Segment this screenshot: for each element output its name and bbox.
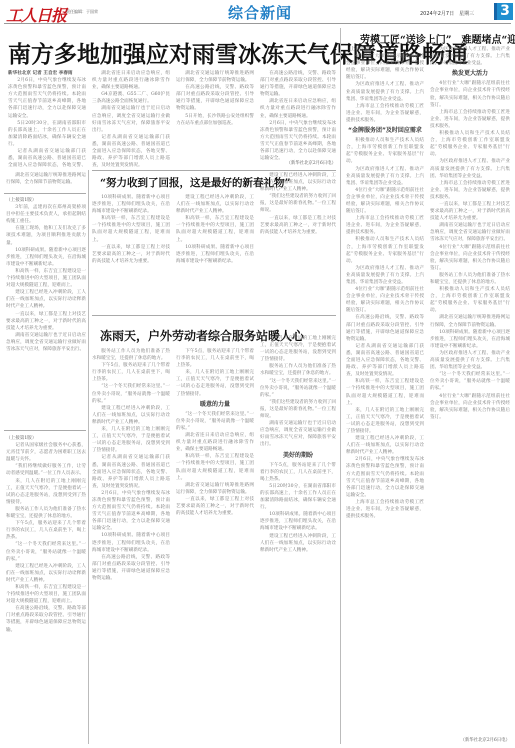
paragraph: 和高铁一样，东吉宜工程建设是一个持续推进中的大型项目，施工团队面对超大规模隧道工… bbox=[176, 215, 254, 243]
paragraph: 建设工程已经进入冲刺阶段，工人们在一线加班加点，以实际行动诠释新时代产业工人精神… bbox=[176, 194, 254, 215]
section-divider bbox=[4, 193, 86, 194]
page-number-badge: 3 bbox=[494, 3, 513, 20]
paragraph: 一直以来，绿工都是工程上对技艺要求最高的工种之一，对于新时代的高技能人才培养尤为… bbox=[6, 311, 86, 332]
paragraph: 5日20时30分，在湖南省邵阳市的长邵高速上，十余名工作人员正在加紧清除路面结冰… bbox=[260, 483, 336, 511]
paragraph: 湖北省连日来启动应急响应，组织力量对重点路段进行融冰除雪作业，确保主要道路畅通。 bbox=[92, 70, 170, 91]
paragraph: 为区政府推进人才工程、推动产业高质量发展提供了有力支撑。上汽集团、华谊集团等企业… bbox=[346, 81, 424, 102]
paragraph: 上海市总工会持续推动劳模工匠进企业、进车间，为企业答疑解惑，提供技术服务。 bbox=[430, 180, 510, 201]
paragraph: 5日20时30分，在湖南省邵阳市的长邵高速上，十余名工作人员正在加紧清除路面结冰… bbox=[8, 120, 86, 148]
paragraph: 上海市总工会持续推动劳模工匠进企业、进车间，为企业答疑解惑，提供技术服务。 bbox=[430, 109, 510, 130]
paragraph: 湖北省交通运输厅统筹推进路网运行保障，全力保障节前物资运输。 bbox=[430, 314, 510, 328]
paragraph: 湖南省交通运输厅也于近日启动应急响应，调度全省交通运输行业做好雨雪冰冻天气应对，… bbox=[92, 105, 170, 133]
paragraph: 10项科研成果。随着新中心项目逐步推进，工程师们埋头攻关，在沿海城市建设中不断刷… bbox=[260, 511, 336, 532]
paragraph: “这一个冬天我们经常来这里。”一位外卖小哥说，“服务站就像一个温暖的家。” bbox=[260, 378, 336, 399]
paragraph: 服务站工作人员为他们准备了热水和暖宝宝，还提供了休息的地方。 bbox=[430, 272, 510, 286]
masthead: 工人日报 责任编辑：于国荣 综合新闻 2024年2月7日 星期三 3 bbox=[0, 0, 515, 24]
paragraph: 为区政府推进人才工程、推动产业高质量发展提供了有力支撑。上汽集团、华谊集团等企业… bbox=[346, 166, 424, 187]
paragraph: 上海市总工会持续推动劳模工匠进企业、进车间，为企业答疑解惑，提供技术服务。 bbox=[346, 499, 424, 520]
paragraph: 建设工程已经进入冲刺阶段，工人们在一线加班加点，以实际行动诠释新时代产业工人精神… bbox=[92, 405, 170, 426]
paragraph: 建设工程已经进入冲刺阶段，工人们在一线加班加点，以实际行动诠释新时代产业工人精神… bbox=[6, 289, 86, 310]
paragraph: 湖南省交通运输厅也于近日启动应急响应，调度全省交通运输行业做好雨雪冰冻天气应对，… bbox=[6, 332, 86, 353]
gift-article-col-3: 建设工程已经进入冲刺阶段，工人们在一线加班加点，以实际行动诠释新时代产业工人精神… bbox=[260, 172, 336, 304]
paragraph: “我们将继续做好服务工作，让劳动者感受到温暖。”一位工作人员表示。 bbox=[6, 463, 86, 477]
paragraph: 积极推动人员和生产技术人员结合，上海市劳模创新工作室联盟发起“劳模服务企业、专家… bbox=[430, 286, 510, 314]
section-divider bbox=[92, 170, 336, 171]
paragraph: 在高速公路沿线，交警、路政等部门对重点路段采取分段管控、引导通行等措施，开辟绿色… bbox=[260, 70, 336, 98]
paragraph: “这一个冬天我们经常来这里。”一位外卖小哥说，“服务站就像一个温暖的家。” bbox=[176, 411, 254, 432]
paragraph: 湖北省交通运输厅统筹推进路网运行保障，全力保障节前物资运输。 bbox=[176, 482, 254, 496]
left-col-lower: （上接第1版） 记者从国家级社会服务中心获悉，元宵佳节前夕，志愿者为困难职工送去… bbox=[6, 435, 86, 743]
paragraph: 服务站工作人员为他们准备了热水和暖宝宝，还提供了休息的地方。 bbox=[260, 363, 336, 377]
paragraph: 建设工程已经进入冲刺阶段，工人们在一线加班加点，以实际行动诠释新时代产业工人精神… bbox=[346, 435, 424, 456]
paragraph: 下午5点，服务站迎来了几个带着行李的农民工，几人在桌前坐下，喝上热茶。 bbox=[6, 520, 86, 541]
paragraph: “我们这些建设者的努力收到了回报，这是最好的新春礼物。”一位工程师说。 bbox=[260, 193, 336, 214]
paragraph: 和高铁一样，东吉宜工程建设是一个持续推进中的大型项目，施工团队面对超大规模隧道工… bbox=[6, 584, 86, 605]
paragraph: 2月6日，中央气象台继续发布冰冻黄色预警和暴雪蓝色预警，预计南方大范围雨雪天气仍… bbox=[260, 120, 336, 163]
paragraph: 在施工现场，他和工友们攻克了多项技术难题，为项目顺利推进贡献力量。 bbox=[6, 225, 86, 246]
paragraph: 一直以来，绿工都是工程上对技艺要求最高的工种之一，对于新时代的高技能人才培养尤为… bbox=[92, 244, 170, 265]
left-col-upper: 湖北省交通运输厅统筹推进路网运行保障，全力保障节前物资运输。 bbox=[6, 172, 86, 192]
paragraph: 为区政府推进人才工程、推动产业高质量发展提供了有力支撑。上汽集团、华谊集团等企业… bbox=[346, 265, 424, 286]
paragraph: 和高铁一样，东吉宜工程建设是一个持续推进中的大型项目，施工团队面对超大规模隧道工… bbox=[6, 268, 86, 289]
paragraph: 来，几人在附近的工地上刚刚完工，正值天天气寒冷，于是便抱着试一试的心态走进服务站… bbox=[346, 407, 424, 435]
paragraph: 湖南省交通运输厅也于近日启动应急响应，调度全省交通运输行业做好雨雪冰冻天气应对，… bbox=[260, 420, 336, 448]
paragraph: 10项科研成果。随着新中心项目逐步推进，工程师们埋头攻关，在沿海城市建设中不断刷… bbox=[176, 244, 254, 265]
paragraph: “这一个冬天我们经常来这里。”一位外卖小哥说，“服务站就像一个温暖的家。” bbox=[6, 541, 86, 562]
paragraph: 来，几人在附近的工地上刚刚完工，正值天天气寒冷，于是便抱着试一试的心态走进服务站… bbox=[260, 335, 336, 363]
paragraph: 3年前，孟建再次在郑州高架桥项目中担任主要技术负责人，承担起钢结构施工重任。 bbox=[6, 204, 86, 225]
paragraph: 和高铁一样，东吉宜工程建设是一个持续推进中的大型项目，施工团队面对超大规模隧道工… bbox=[346, 378, 424, 406]
column-divider bbox=[88, 170, 89, 744]
kicker: （上接第1版） bbox=[346, 46, 424, 53]
paragraph: 建设工程已经进入冲刺阶段，工人们在一线加班加点，以实际行动诠释新时代产业工人精神… bbox=[260, 533, 336, 554]
section-divider bbox=[92, 315, 336, 316]
lead-article-col-2: 湖北省连日来启动应急响应，组织力量对重点路段进行融冰除雪作业，确保主要道路畅通。… bbox=[92, 70, 170, 168]
paragraph: “这一个冬天我们经常来这里。”一位外卖小哥说，“服务站就像一个温暖的家。” bbox=[92, 383, 170, 404]
paragraph: 记者从湖南省交通运输部门获悉，湖南省高速公路、普通国省道已全面进入应急保障状态，… bbox=[92, 454, 170, 489]
paragraph: “我们这些建设者的努力收到了回报，这是最好的新春礼物。”一位工程师说。 bbox=[260, 399, 336, 420]
paragraph: 湖北省连日来启动应急响应，组织力量对重点路段进行融冰除雪作业，确保主要道路畅通。 bbox=[260, 98, 336, 119]
paragraph: 为区政府推进人才工程、推动产业高质量发展提供了有力支撑。上汽集团、华谊集团等企业… bbox=[430, 158, 510, 179]
paragraph: 建设工程已经进入冲刺阶段，工人们在一线加班加点，以实际行动诠释新时代产业工人精神… bbox=[6, 563, 86, 584]
paragraph: 记者从国家级社会服务中心获悉，元宵佳节前夕，志愿者为困难职工送去温暖与关怀。 bbox=[6, 442, 86, 463]
subheading: 暖意的力量 bbox=[176, 401, 254, 408]
paragraph: 积极推动人员和生产技术人员结合，上海市劳模创新工作室联盟发起“劳模服务企业、专家… bbox=[430, 130, 510, 158]
paragraph: 下午5点，服务站迎来了几个带着行李的农民工，几人在桌前坐下，喝上热茶。 bbox=[92, 362, 170, 383]
paragraph: 湖南省交通运输厅也于近日启动应急响应，调度全省交通运输行业做好雨雪冰冻天气应对，… bbox=[430, 222, 510, 243]
paragraph: 在高速公路沿线，交警、路政等部门对重点路段采取分段管控、引导通行等措施，开辟绿色… bbox=[92, 554, 170, 582]
edition-info: 责任编辑：于国荣 bbox=[66, 9, 98, 15]
paragraph: 来，几人在附近的工地上刚刚完工，正值天天气寒冷，于是便抱着试一试的心态走进服务站… bbox=[176, 369, 254, 397]
paragraph: 4位行业“大咖”跟随示范组前往社会企事业单位，向企业技术骨干传授经验，解决实际难… bbox=[430, 393, 510, 421]
paragraph: 为区政府推进人才工程、推动产业高质量发展提供了有力支撑。上汽集团、华谊集团等企业… bbox=[430, 350, 510, 371]
paragraph: 4位行业“大咖”跟随示范组前往社会企事业单位，向企业技术骨干传授经验，解决实际难… bbox=[346, 286, 424, 314]
paragraph: 积极推动人员和生产技术人员结合，上海市劳模创新工作室联盟发起“劳模服务企业、专家… bbox=[346, 236, 424, 264]
side-article-col-2: 为区政府推进人才工程、推动产业高质量发展提供了有力支撑。上汽集团、华谊集团等企业… bbox=[430, 46, 510, 744]
service-article-col-1: 服务站工作人员为他们准备了热水和暖宝宝，还提供了休息的地方。 下午5点，服务站迎… bbox=[92, 348, 170, 742]
column-divider bbox=[340, 28, 341, 744]
paragraph: 积极推动人员和生产技术人员结合，上海市劳模创新工作室联盟发起“劳模服务企业、专家… bbox=[346, 137, 424, 165]
paragraph: 10项科研成果。随着新中心项目逐步推进，工程师们埋头攻关，在沿海城市建设中不断刷… bbox=[430, 329, 510, 350]
kicker: （上接第1版） bbox=[6, 435, 86, 442]
section-title: 综合新闻 bbox=[228, 2, 292, 23]
lead-article-col-4: 在高速公路沿线，交警、路政等部门对重点路段采取分段管控、引导通行等措施，开辟绿色… bbox=[260, 70, 336, 168]
masthead-rule bbox=[4, 23, 511, 24]
paragraph: “这一个冬天我们经常来这里。”一位外卖小哥说，“服务站就像一个温暖的家。” bbox=[430, 371, 510, 392]
paragraph: 湖北省连日来启动应急响应，组织力量对重点路段进行融冰除雪作业，确保主要道路畅通。 bbox=[176, 432, 254, 453]
paragraph: 服务站工作人员为他们准备了热水和暖宝宝，还提供了休息的地方。 bbox=[92, 348, 170, 362]
lead-article-col-1: 新华社北京 记者 王自宏 李春雨 2月6日，中央气象台继续发布冰冻黄色预警和暴雪… bbox=[8, 70, 86, 168]
service-article-col-2: 下午5点，服务站迎来了几个带着行李的农民工，几人在桌前坐下，喝上热茶。 来，几人… bbox=[176, 348, 254, 742]
paragraph: 4位行业“大咖”跟随示范组前往社会企事业单位，向企业技术骨干传授经验，解决实际难… bbox=[430, 80, 510, 108]
paragraph: 上海市总工会持续推动劳模工匠进企业、进车间，为企业答疑解惑，提供技术服务。 bbox=[346, 215, 424, 236]
issue-date: 2024年2月7日 星期三 bbox=[420, 10, 474, 17]
subheading: 美好的期盼 bbox=[260, 452, 336, 459]
paragraph: 上海市总工会持续推动劳模工匠进企业、进车间，为企业答疑解惑，提供技术服务。 bbox=[346, 103, 424, 124]
paragraph: 2月6日，中央气象台继续发布冰冻黄色预警和暴雪蓝色预警，预计南方大范围雨雪天气仍… bbox=[8, 77, 86, 120]
left-col-middle: （上接第1版） 3年前，孟建再次在郑州高架桥项目中担任主要技术负责人，承担起钢结… bbox=[6, 197, 86, 407]
paragraph: 湖北省交通运输厅统筹推进路网运行保障，全力保障节前物资运输。 bbox=[176, 70, 254, 84]
section-divider bbox=[4, 430, 86, 431]
paragraph: 在高速公路沿线，交警、路政等部门对重点路段采取分段管控、引导通行等措施，开辟绿色… bbox=[176, 84, 254, 112]
paragraph: 为区政府推进人才工程、推动产业高质量发展提供了有力支撑。上汽集团、华谊集团等企业… bbox=[430, 46, 510, 67]
paragraph: 10项科研成果。随着新中心项目逐步推进，工程师们埋头攻关，在沿海城市建设中不断刷… bbox=[92, 194, 170, 215]
paragraph: 记者从湖南省交通运输部门获悉，湖南省高速公路、普通国省道已全面进入应急保障状态，… bbox=[92, 134, 170, 168]
paragraph: 4位行业“大咖”跟随示范组前往社会企事业单位，向企业技术骨干传授经验，解决实际难… bbox=[430, 244, 510, 272]
paragraph: 来，几人在附近的工地上刚刚完工，正值天天气寒冷，于是便抱着试一试的心态走进服务站… bbox=[92, 426, 170, 454]
paragraph: 在高速公路沿线，交警、路政等部门对重点路段采取分段管控、引导通行等措施，开辟绿色… bbox=[6, 605, 86, 633]
paragraph: 湖北省交通运输厅统筹推进路网运行保障，全力保障节前物资运输。 bbox=[6, 172, 86, 186]
paragraph: 和高铁一样，东吉宜工程建设是一个持续推进中的大型项目，施工团队面对超大规模隧道工… bbox=[92, 215, 170, 243]
lead-byline: 新华社北京 记者 王自宏 李春雨 bbox=[8, 70, 86, 77]
paragraph: G4京港澳、G55二广、G60沪昆三条高速公路全面恢复通行。 bbox=[92, 91, 170, 105]
kicker: （上接第1版） bbox=[6, 197, 86, 204]
subheading: “金牌服务团”及时回应需求 bbox=[346, 127, 424, 134]
paragraph: 10项科研成果。随着新中心项目逐步推进，工程师们埋头攻关，在沿海城市建设中不断刷… bbox=[92, 532, 170, 553]
paragraph: 和高铁一样，东吉宜工程建设是一个持续推进中的大型项目，施工团队面对超大规模隧道工… bbox=[176, 453, 254, 481]
paragraph: 建设工程已经进入冲刺阶段，工人们在一线加班加点，以实际行动诠释新时代产业工人精神… bbox=[260, 172, 336, 193]
paragraph: 10项科研成果。随着新中心项目逐步推进，工程师们埋头攻关，在沿海城市建设中不断刷… bbox=[6, 247, 86, 268]
gift-article-col-1: 10项科研成果。随着新中心项目逐步推进，工程师们埋头攻关，在沿海城市建设中不断刷… bbox=[92, 194, 170, 304]
lead-article-dateline: （新华社北京2月6日电） bbox=[260, 160, 336, 166]
side-article-dateline: （新华社北京2月6日电） bbox=[430, 737, 510, 743]
paragraph: 一直以来，绿工都是工程上对技艺要求最高的工种之一，对于新时代的高技能人才培养尤为… bbox=[260, 215, 336, 236]
paragraph: 一直以来，绿工都是工程上对技艺要求最高的工种之一，对于新时代的高技能人才培养尤为… bbox=[176, 496, 254, 517]
subheading: 焕发更大活力 bbox=[430, 70, 510, 77]
side-article-headline: 劳模工匠“送诊上门” 难题堵点“迎刃而解” bbox=[360, 31, 515, 46]
paragraph: 记者从湖南省交通运输部门获悉，湖南省高速公路、普通国省道已全面进入应急保障状态，… bbox=[8, 148, 86, 168]
side-article-col-1: （上接第1版） 4位行业“大咖”跟随示范组前往社会企事业单位，向企业技术骨干传授… bbox=[346, 46, 424, 744]
paragraph: 2月6日，中央气象台继续发布冰冻黄色预警和暴雪蓝色预警，预计南方大范围雨雪天气仍… bbox=[346, 456, 424, 499]
paragraph: 在高速公路沿线，交警、路政等部门对重点路段采取分段管控、引导通行等措施，开辟绿色… bbox=[346, 314, 424, 342]
paragraph: 一直以来，绿工都是工程上对技艺要求最高的工种之一，对于新时代的高技能人才培养尤为… bbox=[430, 201, 510, 222]
paragraph: 来，几人在附近的工地上刚刚完工，正值天天气寒冷，于是便抱着试一试的心态走进服务站… bbox=[6, 478, 86, 506]
paragraph: 记者从湖南省交通运输部门获悉，湖南省高速公路、普通国省道已全面进入应急保障状态，… bbox=[346, 343, 424, 378]
service-article-col-3: 来，几人在附近的工地上刚刚完工，正值天天气寒冷，于是便抱着试一试的心态走进服务站… bbox=[260, 335, 336, 742]
paragraph: 4位行业“大咖”跟随示范组前往社会企事业单位，向企业技术骨干传授经验，解决实际难… bbox=[346, 187, 424, 215]
paragraph: 下午5点，服务站迎来了几个带着行李的农民工，几人在桌前坐下，喝上热茶。 bbox=[260, 462, 336, 483]
lead-article-col-3: 湖北省交通运输厅统筹推进路网运行保障，全力保障节前物资运输。 在高速公路沿线，交… bbox=[176, 70, 254, 168]
paragraph: 4位行业“大咖”跟随示范组前往社会企事业单位，向企业技术骨干传授经验，解决实际难… bbox=[346, 53, 424, 81]
paragraph: 服务站工作人员为他们准备了热水和暖宝宝，还提供了休息的地方。 bbox=[6, 506, 86, 520]
paragraph: 下午5点，服务站迎来了几个带着行李的农民工，几人在桌前坐下，喝上热茶。 bbox=[176, 348, 254, 369]
paragraph: 5日开始，长沙铁路公安处组织警力在站车重点部位加强巡查。 bbox=[176, 113, 254, 127]
gift-article-col-2: 建设工程已经进入冲刺阶段，工人们在一线加班加点，以实际行动诠释新时代产业工人精神… bbox=[176, 194, 254, 304]
paragraph: 2月6日，中央气象台继续发布冰冻黄色预警和暴雪蓝色预警，预计南方大范围雨雪天气仍… bbox=[92, 490, 170, 533]
